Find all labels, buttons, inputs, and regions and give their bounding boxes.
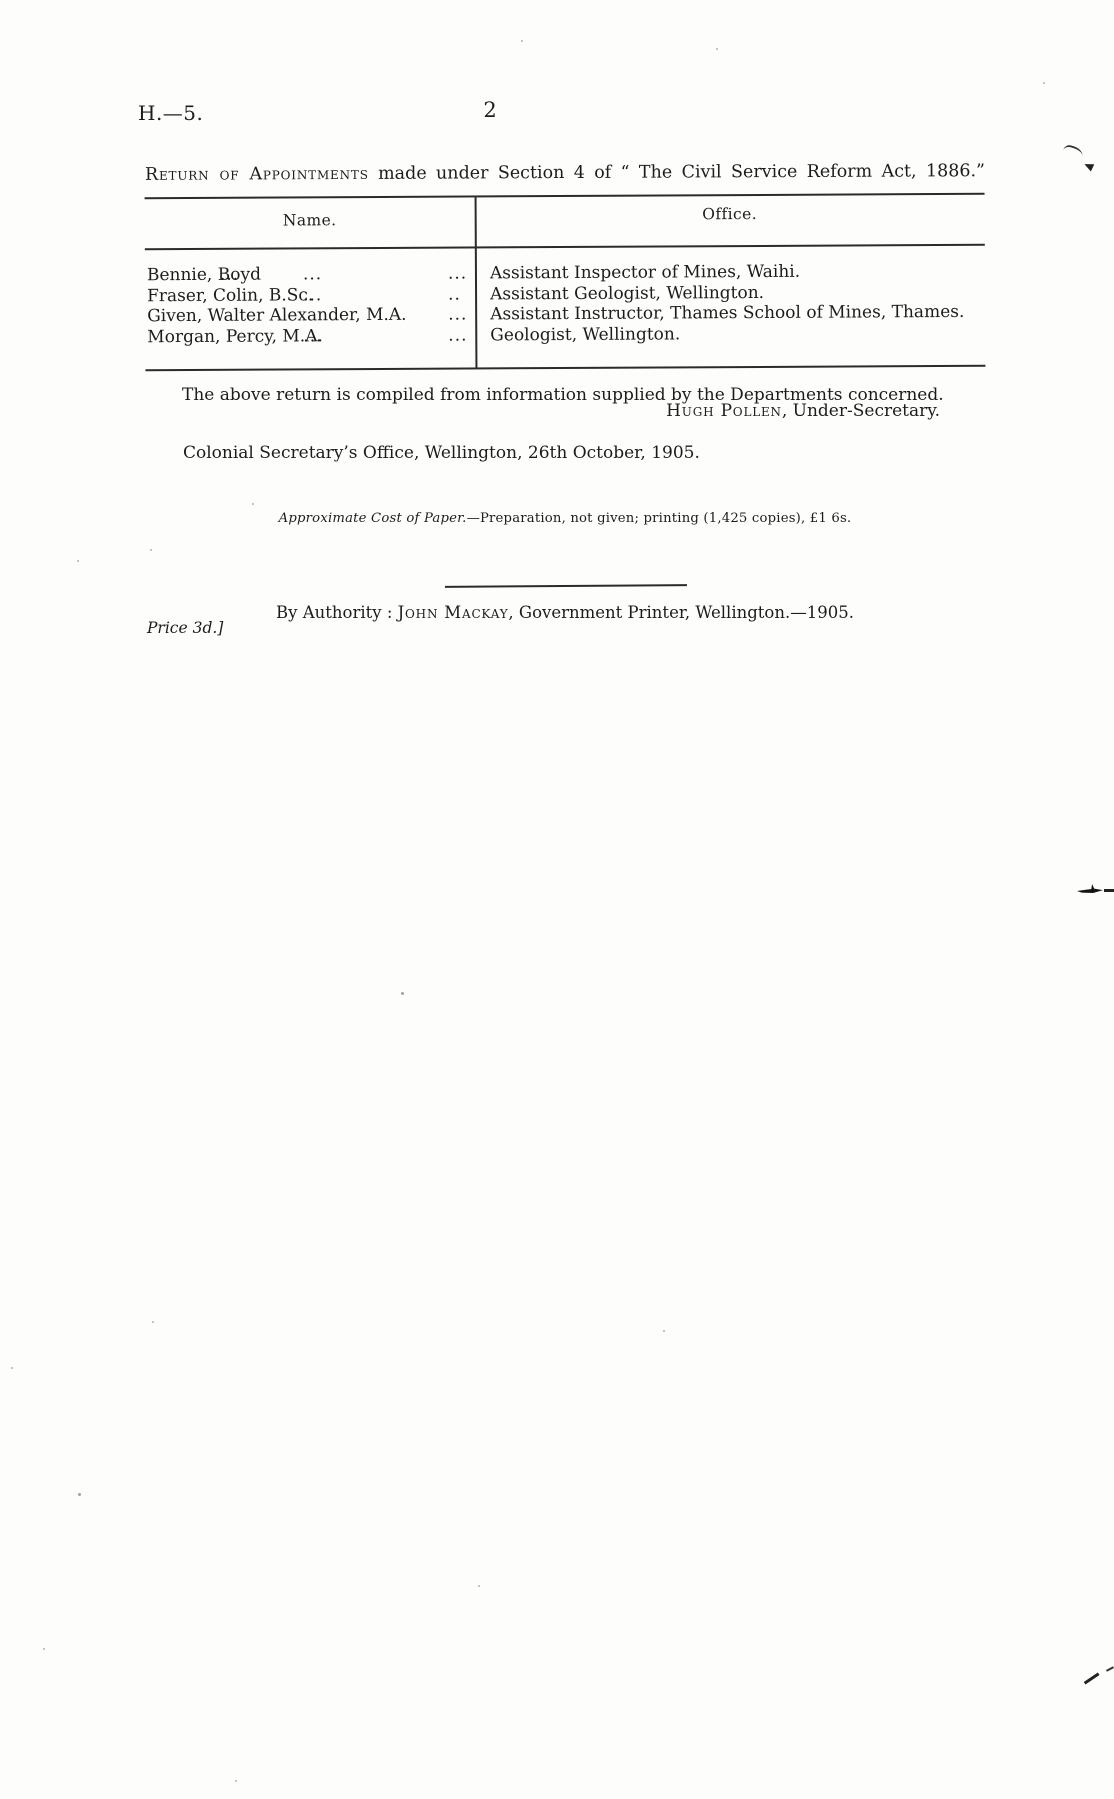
scan-artifact-tick: [1106, 1666, 1114, 1672]
scan-artifact-curve: [1062, 144, 1084, 160]
scan-speck: [252, 503, 254, 505]
scan-artifact-slash: [1084, 1672, 1099, 1684]
scan-artifact-arrowhead: [1083, 160, 1095, 171]
scan-speck: [401, 992, 404, 995]
scan-speck: [43, 1648, 45, 1650]
appointee-name: Given, Walter Alexander, M.A.: [147, 305, 406, 326]
office-cell: Assistant Inspector of Mines, Waihi.: [475, 261, 985, 284]
signature-line: Hugh Pollen, Under-Secretary.: [666, 401, 940, 421]
leader-dots: ...: [448, 326, 467, 347]
appointments-table: Name. Office. Bennie, Boyd......... Assi…: [145, 193, 986, 371]
appointee-name: Fraser, Colin, B.Sc.: [147, 285, 313, 306]
report-title-rest: made under Section 4 of “ The Civil Serv…: [378, 161, 985, 184]
column-header-office: Office.: [475, 204, 985, 225]
office-cell: Assistant Instructor, Thames School of M…: [475, 302, 985, 325]
scan-speck: [478, 1585, 480, 1587]
scan-artifact-smudge: [1077, 884, 1103, 893]
scan-speck: [1043, 82, 1045, 84]
cost-note-rest: —Preparation, not given; printing (1,425…: [467, 511, 852, 526]
leader-dots: ...: [303, 285, 322, 306]
scan-speck: [716, 48, 718, 50]
name-cell: Given, Walter Alexander, M.A....: [145, 305, 475, 327]
leader-dots: ..: [448, 284, 461, 305]
scan-speck: [152, 1321, 154, 1323]
leader-dots: ...: [448, 264, 467, 285]
signature-name: Hugh Pollen: [666, 401, 782, 421]
report-title: Return of Appointments made under Sectio…: [145, 159, 985, 188]
separator-rule: [445, 584, 687, 587]
scanned-document-page: H.—5. 2 Return of Appointments made unde…: [0, 0, 1114, 1799]
office-cell: Geologist, Wellington.: [475, 323, 985, 346]
scan-speck: [77, 560, 79, 562]
leader-dots: ...: [448, 305, 467, 326]
dateline: Colonial Secretary’s Office, Wellington,…: [183, 443, 700, 463]
leader-dots: ...: [303, 264, 322, 285]
name-cell: Fraser, Colin, B.Sc......: [145, 284, 475, 306]
leader-dots: ...: [303, 326, 322, 347]
scan-artifact-dash: [1104, 889, 1114, 892]
scan-speck: [11, 1367, 13, 1369]
page-number: 2: [470, 98, 510, 122]
office-cell: Assistant Geologist, Wellington.: [475, 281, 985, 304]
column-header-name: Name.: [145, 210, 475, 230]
table-row: Morgan, Percy, M.A....... Geologist, Wel…: [145, 323, 985, 348]
table-header-rule: [145, 244, 985, 250]
leader-dots: ...: [220, 265, 239, 286]
authority-printer-name: John Mackay: [398, 603, 509, 622]
table-top-rule: [145, 193, 985, 199]
name-cell: Morgan, Percy, M.A.......: [145, 326, 475, 348]
price-note: Price 3d.]: [147, 619, 223, 637]
report-title-smallcaps: Return of Appointments: [145, 164, 369, 185]
signature-title: , Under-Secretary.: [782, 401, 940, 421]
table-body: Bennie, Boyd......... Assistant Inspecto…: [145, 261, 985, 348]
cost-note: Approximate Cost of Paper.—Preparation, …: [145, 511, 985, 526]
cost-note-italic: Approximate Cost of Paper.: [279, 511, 467, 526]
scan-speck: [663, 1330, 665, 1332]
appointee-name: Bennie, Boyd: [147, 265, 261, 286]
document-code: H.—5.: [138, 101, 203, 125]
authority-prefix: By Authority :: [276, 603, 398, 622]
name-cell: Bennie, Boyd.........: [145, 263, 475, 285]
authority-rest: , Government Printer, Wellington.—1905.: [508, 603, 854, 622]
authority-line: By Authority : John Mackay, Government P…: [145, 603, 985, 622]
table-bottom-rule: [145, 365, 985, 371]
scan-speck: [235, 1780, 237, 1782]
scan-speck: [150, 549, 152, 551]
scan-speck: [521, 40, 523, 42]
scan-speck: [78, 1493, 81, 1496]
appointee-name: Morgan, Percy, M.A.: [147, 326, 323, 347]
